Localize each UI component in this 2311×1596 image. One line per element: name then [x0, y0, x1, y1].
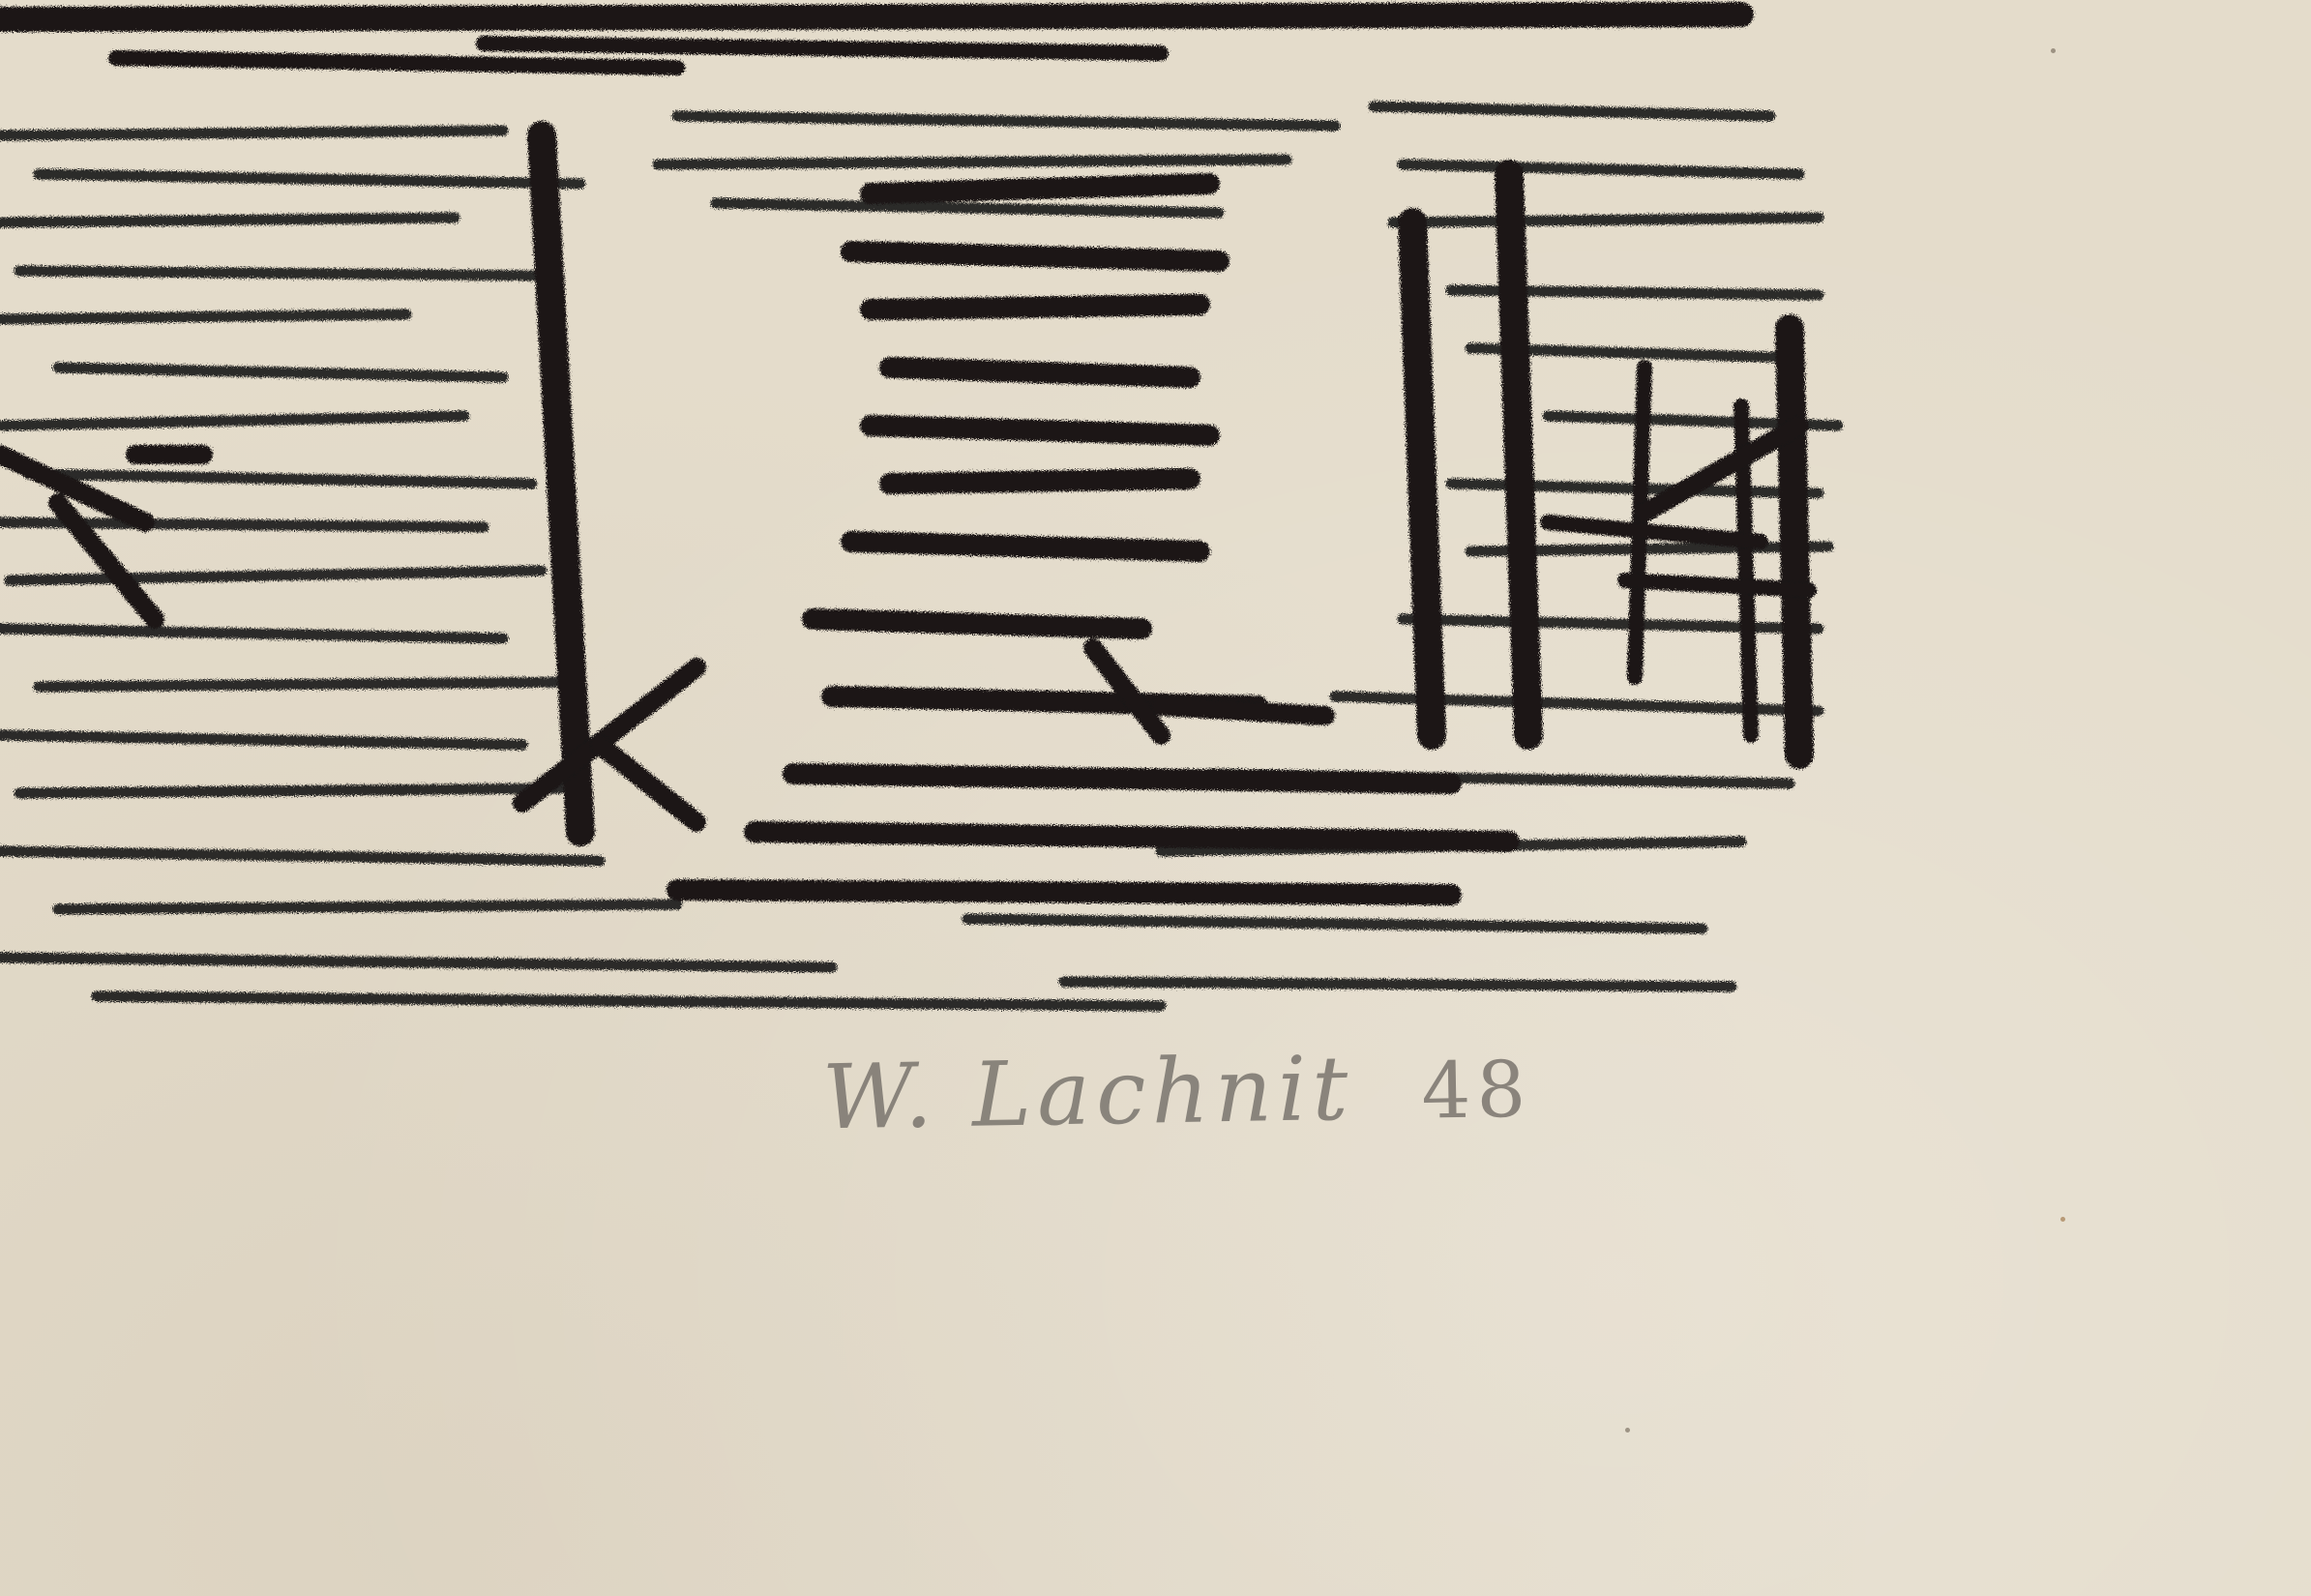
signature-name: W. Lachnit: [821, 1037, 1354, 1150]
artist-signature: W. Lachnit48: [821, 1034, 1532, 1150]
signature-year: 48: [1421, 1045, 1532, 1137]
paper-speck: [2060, 1217, 2065, 1222]
paper-speck: [2051, 48, 2056, 53]
lithograph-artwork: [0, 0, 1857, 1045]
paper-speck: [1625, 1428, 1630, 1433]
